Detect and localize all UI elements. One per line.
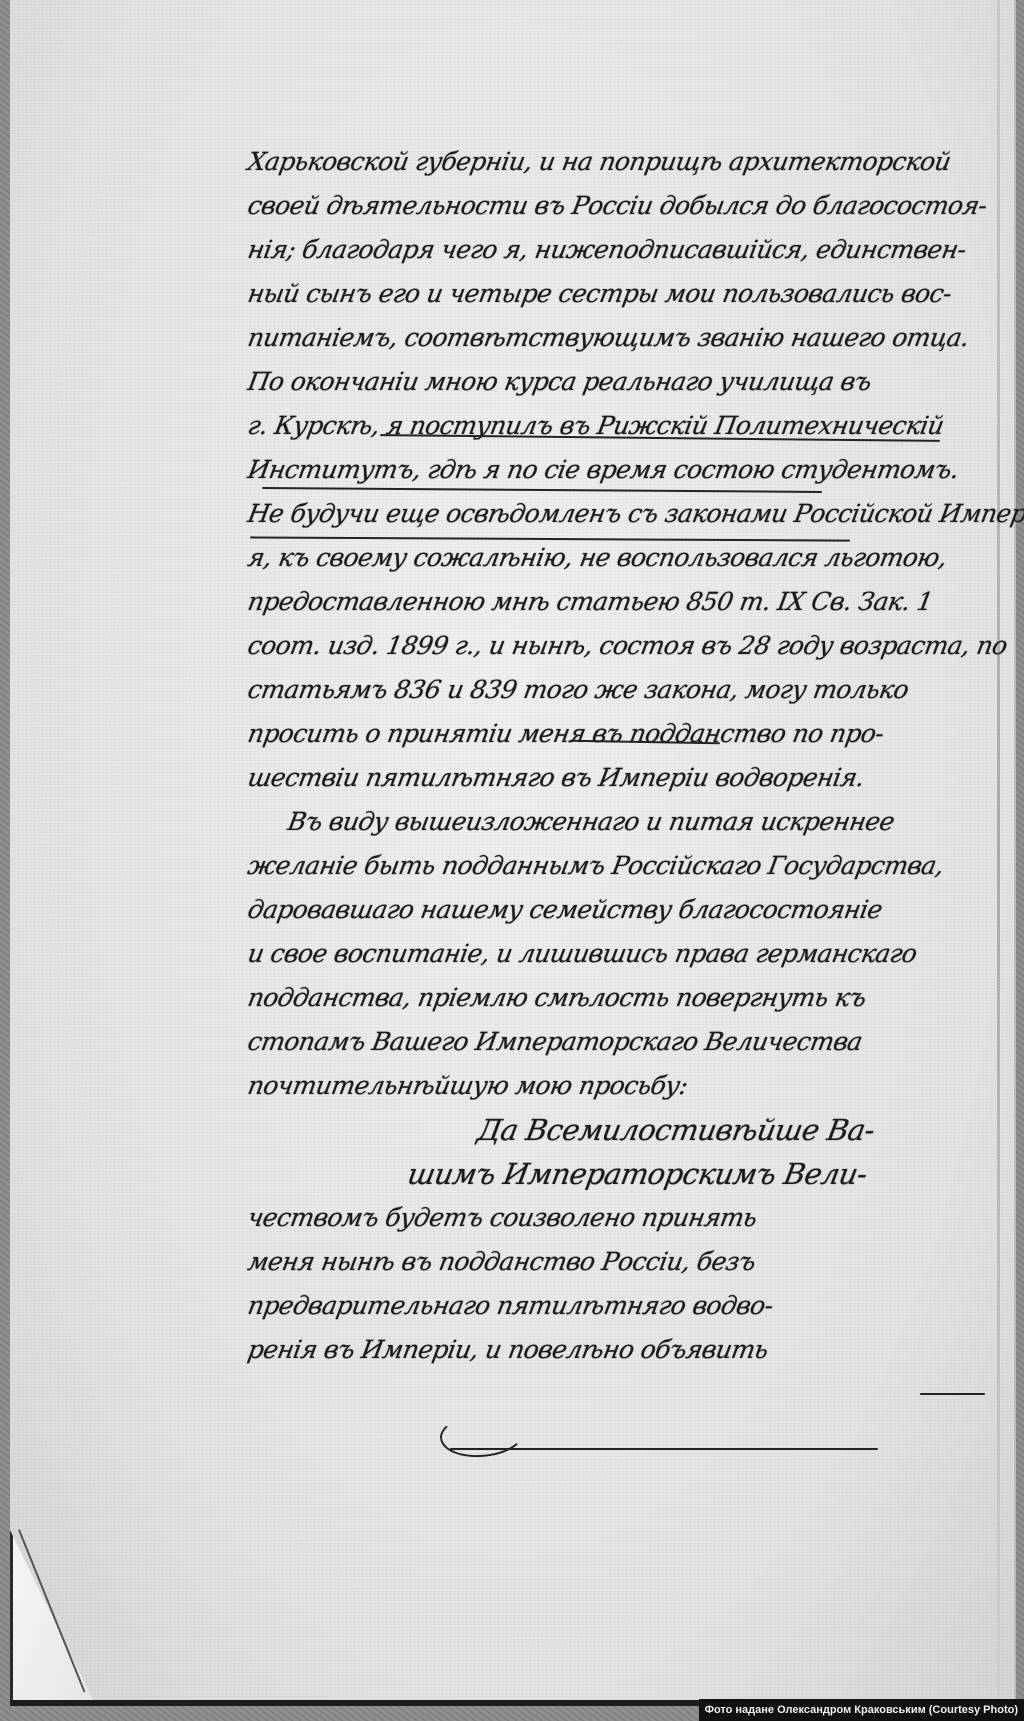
text-line: меня нынѣ въ подданство Россіи, безъ — [244, 1240, 982, 1284]
text-line: почтительнѣйшую мою просьбу: — [244, 1064, 982, 1108]
underline-annotation — [450, 1448, 878, 1450]
text-line: г. Курскѣ, я поступилъ въ Рижскій Полите… — [244, 404, 982, 448]
text-line: подданства, пріемлю смѣлость повергнуть … — [244, 976, 982, 1020]
text-line: даровавшаго нашему семейству благосостоя… — [244, 888, 982, 932]
underline-annotation — [920, 1393, 985, 1395]
text-line: По окончаніи мною курса реальнаго училищ… — [244, 360, 982, 404]
text-line: Не будучи еще освѣдомленъ съ законами Ро… — [244, 492, 982, 536]
text-line: ный сынъ его и четыре сестры мои пользов… — [244, 272, 982, 316]
text-line: ренія въ Имперіи, и повелѣно объявить — [244, 1328, 982, 1372]
text-line: Въ виду вышеизложеннаго и питая искренне… — [244, 800, 982, 844]
text-line: нія; благодаря чего я, нижеподписавшійся… — [244, 228, 982, 272]
text-line: просить о принятіи меня въ подданство по… — [244, 712, 982, 756]
text-line: Да Всемилостивѣйше Ва- — [244, 1108, 982, 1152]
text-line: я, къ своему сожалѣнію, не воспользовалс… — [244, 536, 982, 580]
photo-credit-caption: Фото надане Олександром Краковським (Cou… — [699, 1699, 1024, 1721]
handwritten-text: Харьковской губерніи, и на поприщѣ архит… — [248, 140, 978, 1372]
text-line: стопамъ Вашего Императорскаго Величества — [244, 1020, 982, 1064]
text-line: своей дѣятельности въ Россіи добылся до … — [244, 184, 982, 228]
text-line: шимъ Императорскимъ Вели- — [244, 1152, 982, 1196]
text-line: Институтъ, гдѣ я по сіе время состою сту… — [244, 448, 982, 492]
text-line: желаніе быть подданнымъ Россійскаго Госу… — [244, 844, 982, 888]
text-line: и свое воспитаніе, и лишившись права гер… — [244, 932, 982, 976]
text-line: чествомъ будетъ соизволено принять — [244, 1196, 982, 1240]
text-line: соот. изд. 1899 г., и нынѣ, состоя въ 28… — [244, 624, 982, 668]
text-line: питаніемъ, соотвѣтствующимъ званію нашег… — [244, 316, 982, 360]
text-line: предварительнаго пятилѣтняго водво- — [244, 1284, 982, 1328]
text-line: шествіи пятилѣтняго въ Имперіи водворені… — [244, 756, 982, 800]
text-line: Харьковской губерніи, и на поприщѣ архит… — [244, 140, 982, 184]
text-line: статьямъ 836 и 839 того же закона, могу … — [244, 668, 982, 712]
text-line: предоставленною мнѣ статьею 850 т. IX Св… — [244, 580, 982, 624]
